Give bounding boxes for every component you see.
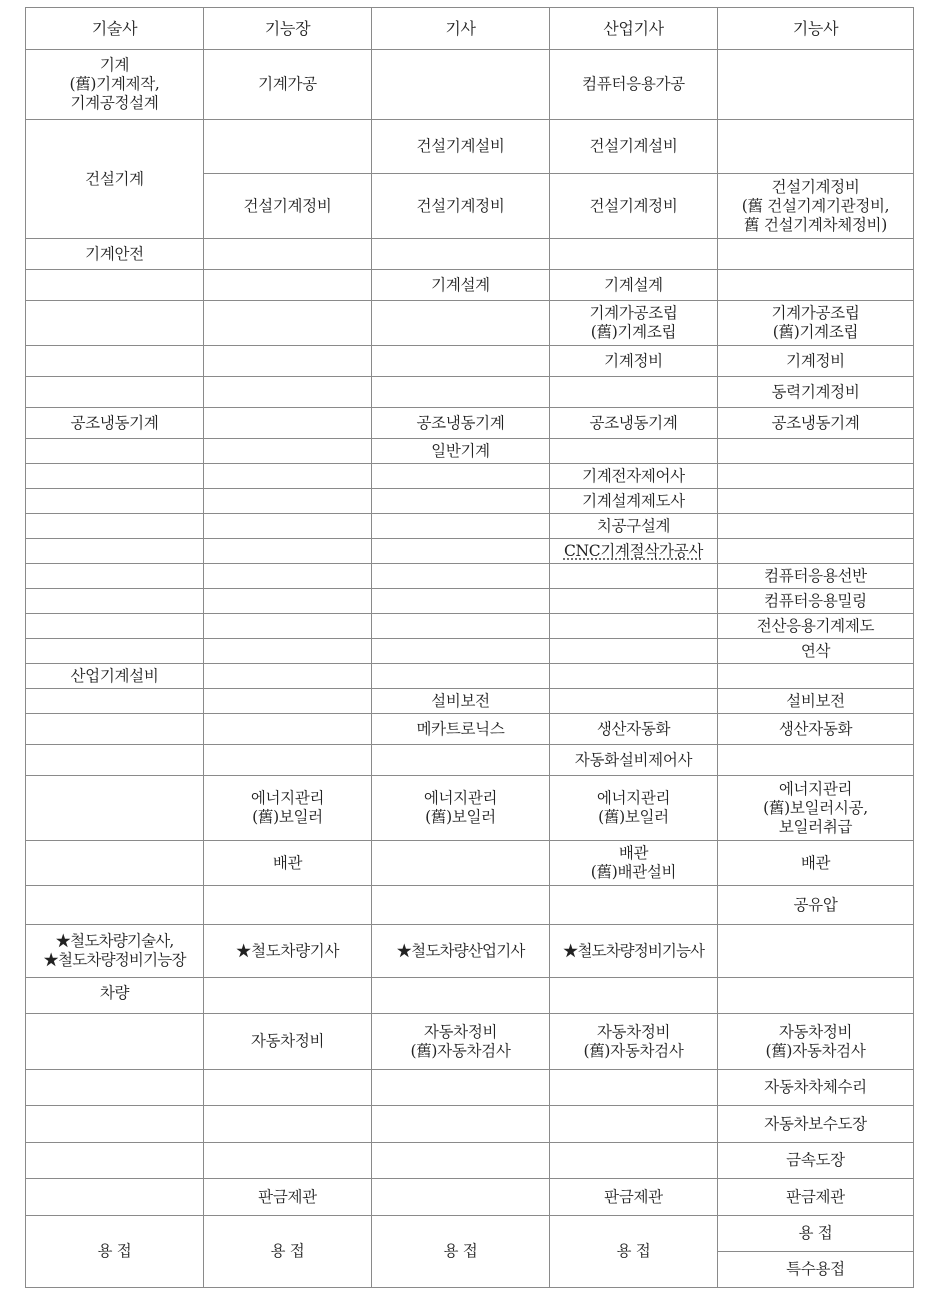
table-cell [204, 664, 372, 689]
table-cell [204, 639, 372, 664]
table-row: 자동차정비 자동차정비 (舊)자동차검사 자동차정비 (舊)자동차검사 자동차정… [26, 1014, 914, 1070]
table-cell: 용 접 [718, 1216, 914, 1252]
table-cell [26, 776, 204, 841]
table-cell [372, 301, 550, 346]
table-cell [204, 1143, 372, 1179]
table-row: 배관 배관 (舊)배관설비 배관 [26, 841, 914, 886]
header-engineer: 기사 [372, 8, 550, 50]
table-cell [372, 589, 550, 614]
table-cell [204, 346, 372, 377]
table-cell [26, 1106, 204, 1143]
table-row: 기계안전 [26, 239, 914, 270]
table-cell [26, 639, 204, 664]
table-cell: 에너지관리 (舊)보일러 [550, 776, 718, 841]
table-cell [372, 978, 550, 1014]
table-cell [372, 886, 550, 925]
table-cell: 기계설계 [550, 270, 718, 301]
table-row: 설비보전 설비보전 [26, 689, 914, 714]
table-cell: 자동화설비제어사 [550, 745, 718, 776]
table-cell [204, 589, 372, 614]
table-cell: 용 접 [204, 1216, 372, 1288]
table-cell: 자동차보수도장 [718, 1106, 914, 1143]
table-cell [26, 1014, 204, 1070]
table-row: 에너지관리 (舊)보일러 에너지관리 (舊)보일러 에너지관리 (舊)보일러 에… [26, 776, 914, 841]
table-row: 컴퓨터응용밀링 [26, 589, 914, 614]
table-cell [204, 301, 372, 346]
table-cell: 건설기계설비 [372, 120, 550, 174]
table-row: 자동화설비제어사 [26, 745, 914, 776]
table-cell [26, 841, 204, 886]
table-cell [550, 614, 718, 639]
table-row: 기계 (舊)기계제작, 기계공정설계 기계가공 컴퓨터응용가공 [26, 50, 914, 120]
table-cell: 기계가공 [204, 50, 372, 120]
table-cell [372, 514, 550, 539]
table-cell [204, 377, 372, 408]
table-cell: 산업기계설비 [26, 664, 204, 689]
table-cell [550, 978, 718, 1014]
table-cell [26, 1179, 204, 1216]
table-row: 기계정비 기계정비 [26, 346, 914, 377]
table-cell [26, 346, 204, 377]
header-row: 기술사 기능장 기사 산업기사 기능사 [26, 8, 914, 50]
table-cell [372, 464, 550, 489]
table-cell: 건설기계정비 [372, 174, 550, 239]
table-cell [372, 50, 550, 120]
table-cell [26, 514, 204, 539]
table-cell: 에너지관리 (舊)보일러시공, 보일러취급 [718, 776, 914, 841]
table-cell [550, 564, 718, 589]
table-cell [550, 689, 718, 714]
table-cell: 기계가공조립 (舊)기계조립 [550, 301, 718, 346]
table-row: 공유압 [26, 886, 914, 925]
table-cell: 기계안전 [26, 239, 204, 270]
table-row: 자동차차체수리 [26, 1070, 914, 1106]
table-cell [550, 664, 718, 689]
qualification-comparison-table: 기술사 기능장 기사 산업기사 기능사 기계 (舊)기계제작, 기계공정설계 기… [25, 7, 914, 1288]
table-cell [372, 1106, 550, 1143]
table-cell [26, 886, 204, 925]
table-cell [550, 589, 718, 614]
table-cell: 공조냉동기계 [718, 408, 914, 439]
table-row: 차량 [26, 978, 914, 1014]
table-cell [718, 239, 914, 270]
table-cell: 금속도장 [718, 1143, 914, 1179]
table-cell [718, 978, 914, 1014]
table-cell: 판금제관 [550, 1179, 718, 1216]
table-cell: 용 접 [550, 1216, 718, 1288]
table-cell [26, 377, 204, 408]
table-cell [204, 714, 372, 745]
table-cell: 연삭 [718, 639, 914, 664]
table-row: 판금제관 판금제관 판금제관 [26, 1179, 914, 1216]
table-cell: 기계정비 [550, 346, 718, 377]
table-cell: CNC기계절삭가공사 [550, 539, 718, 564]
table-cell: ★철도차량기사 [204, 925, 372, 978]
cnc-link-text: CNC기계절삭가공사 [564, 542, 703, 560]
table-cell [204, 886, 372, 925]
table-cell: 에너지관리 (舊)보일러 [372, 776, 550, 841]
table-cell: 기계설계 [372, 270, 550, 301]
table-cell: 컴퓨터응용밀링 [718, 589, 914, 614]
table-row: 기계설계 기계설계 [26, 270, 914, 301]
table-cell [26, 270, 204, 301]
table-cell: 차량 [26, 978, 204, 1014]
table-row: 동력기계정비 [26, 377, 914, 408]
header-professional-engineer: 기술사 [26, 8, 204, 50]
table-cell [718, 50, 914, 120]
table-cell [204, 489, 372, 514]
table-cell [718, 439, 914, 464]
table-cell [372, 841, 550, 886]
table-cell: ★철도차량정비기능사 [550, 925, 718, 978]
table-cell [204, 464, 372, 489]
table-cell [372, 745, 550, 776]
table-row: 컴퓨터응용선반 [26, 564, 914, 589]
table-cell [204, 514, 372, 539]
table-cell: 전산응용기계제도 [718, 614, 914, 639]
table-cell [718, 489, 914, 514]
table-cell: 공유압 [718, 886, 914, 925]
table-cell [26, 489, 204, 514]
table-cell: 자동차정비 [204, 1014, 372, 1070]
table-row: ★철도차량기술사, ★철도차량정비기능장 ★철도차량기사 ★철도차량산업기사 ★… [26, 925, 914, 978]
table-cell [718, 514, 914, 539]
table-cell [550, 1070, 718, 1106]
table-cell: 기계가공조립 (舊)기계조립 [718, 301, 914, 346]
table-cell: 건설기계설비 [550, 120, 718, 174]
table-cell: 건설기계정비 (舊 건설기계기관정비, 舊 건설기계차체정비) [718, 174, 914, 239]
table-row: 용 접 용 접 용 접 용 접 용 접 [26, 1216, 914, 1252]
table-cell: 자동차정비 (舊)자동차검사 [372, 1014, 550, 1070]
table-cell: 기계설계제도사 [550, 489, 718, 514]
table-cell: 에너지관리 (舊)보일러 [204, 776, 372, 841]
table-cell: 일반기계 [372, 439, 550, 464]
table-cell [372, 239, 550, 270]
table-cell: 자동차정비 (舊)자동차검사 [550, 1014, 718, 1070]
table-row: 전산응용기계제도 [26, 614, 914, 639]
table-cell [204, 745, 372, 776]
table-cell: 컴퓨터응용선반 [718, 564, 914, 589]
table-cell [372, 639, 550, 664]
table-row: 치공구설계 [26, 514, 914, 539]
table-cell: 치공구설계 [550, 514, 718, 539]
table-cell: 건설기계 [26, 120, 204, 239]
table-cell [372, 1143, 550, 1179]
table-cell: 공조냉동기계 [372, 408, 550, 439]
table-cell: 생산자동화 [550, 714, 718, 745]
table-cell: 자동차차체수리 [718, 1070, 914, 1106]
table-cell [26, 1143, 204, 1179]
table-cell [26, 745, 204, 776]
table-row: 건설기계 건설기계설비 건설기계설비 [26, 120, 914, 174]
table-cell [204, 120, 372, 174]
header-craftsman: 기능사 [718, 8, 914, 50]
table-cell: 공조냉동기계 [26, 408, 204, 439]
table-cell [718, 664, 914, 689]
table-cell [718, 120, 914, 174]
table-cell [550, 239, 718, 270]
table-cell: 설비보전 [718, 689, 914, 714]
table-cell [550, 377, 718, 408]
table-cell [26, 539, 204, 564]
table-cell [204, 564, 372, 589]
table-cell [372, 539, 550, 564]
table-cell [372, 489, 550, 514]
table-cell [204, 1106, 372, 1143]
table-cell: 기계정비 [718, 346, 914, 377]
table-row: 자동차보수도장 [26, 1106, 914, 1143]
table-row: 기계설계제도사 [26, 489, 914, 514]
table-row: 산업기계설비 [26, 664, 914, 689]
table-cell [372, 664, 550, 689]
table-cell [550, 439, 718, 464]
table-row: 메카트로닉스 생산자동화 생산자동화 [26, 714, 914, 745]
table-cell [718, 464, 914, 489]
table-cell [204, 439, 372, 464]
table-cell: ★철도차량기술사, ★철도차량정비기능장 [26, 925, 204, 978]
table-cell: 생산자동화 [718, 714, 914, 745]
table-cell [550, 639, 718, 664]
table-cell [26, 714, 204, 745]
table-row: 일반기계 [26, 439, 914, 464]
table-cell [204, 1070, 372, 1106]
table-row: 기계가공조립 (舊)기계조립 기계가공조립 (舊)기계조립 [26, 301, 914, 346]
table-cell: 용 접 [26, 1216, 204, 1288]
table-cell [372, 564, 550, 589]
table-cell [26, 689, 204, 714]
table-cell: 자동차정비 (舊)자동차검사 [718, 1014, 914, 1070]
table-cell [26, 614, 204, 639]
table-cell [550, 1143, 718, 1179]
table-cell [204, 689, 372, 714]
table-cell: 건설기계정비 [204, 174, 372, 239]
table-cell: 컴퓨터응용가공 [550, 50, 718, 120]
table-cell [372, 614, 550, 639]
table-cell: 판금제관 [204, 1179, 372, 1216]
table-cell: 판금제관 [718, 1179, 914, 1216]
table-row: 기계전자제어사 [26, 464, 914, 489]
table-cell: 특수용접 [718, 1252, 914, 1288]
table-cell: 건설기계정비 [550, 174, 718, 239]
table-cell [718, 270, 914, 301]
table-row: 공조냉동기계 공조냉동기계 공조냉동기계 공조냉동기계 [26, 408, 914, 439]
table-cell [372, 377, 550, 408]
table-cell: 동력기계정비 [718, 377, 914, 408]
table-cell [718, 925, 914, 978]
table-cell [26, 301, 204, 346]
table-row: CNC기계절삭가공사 [26, 539, 914, 564]
table-cell [26, 1070, 204, 1106]
table-cell [372, 1179, 550, 1216]
table-cell [26, 564, 204, 589]
table-cell: 메카트로닉스 [372, 714, 550, 745]
table-cell [372, 1070, 550, 1106]
table-cell: 배관 (舊)배관설비 [550, 841, 718, 886]
table-cell: ★철도차량산업기사 [372, 925, 550, 978]
table-cell [26, 464, 204, 489]
table-cell [718, 745, 914, 776]
table-cell [204, 408, 372, 439]
table-cell [204, 614, 372, 639]
table-cell [550, 886, 718, 925]
table-cell: 설비보전 [372, 689, 550, 714]
table-cell: 배관 [204, 841, 372, 886]
header-master-craftsman: 기능장 [204, 8, 372, 50]
table-row: 연삭 [26, 639, 914, 664]
header-industrial-engineer: 산업기사 [550, 8, 718, 50]
table-cell: 기계 (舊)기계제작, 기계공정설계 [26, 50, 204, 120]
table-cell: 기계전자제어사 [550, 464, 718, 489]
table-cell: 배관 [718, 841, 914, 886]
table-cell: 공조냉동기계 [550, 408, 718, 439]
table-cell [550, 1106, 718, 1143]
table-cell [26, 589, 204, 614]
table-cell: 용 접 [372, 1216, 550, 1288]
table-cell [204, 239, 372, 270]
table-cell [718, 539, 914, 564]
table-cell [372, 346, 550, 377]
table-cell [204, 978, 372, 1014]
table-cell [204, 539, 372, 564]
table-cell [204, 270, 372, 301]
table-cell [26, 439, 204, 464]
table-row: 금속도장 [26, 1143, 914, 1179]
